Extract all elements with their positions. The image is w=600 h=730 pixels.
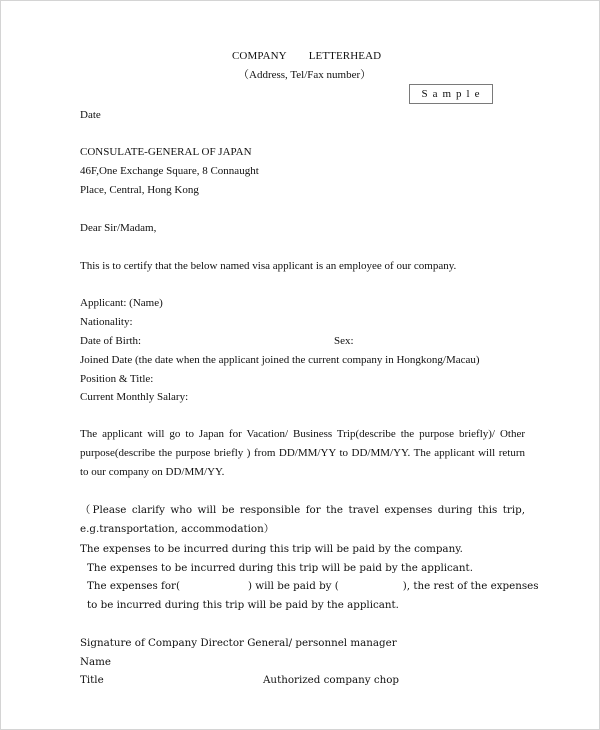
field-applicant-name: Applicant: (Name) [80,296,163,310]
expenses-split-text-2: ) will be paid by ( [248,580,339,592]
expenses-split-line2: to be incurred during this trip will be … [87,598,399,612]
letterhead-title: COMPANYLETTERHEAD [232,49,381,63]
authorized-chop-label: Authorized company chop [263,673,399,687]
signature-heading: Signature of Company Director General/ p… [80,636,397,650]
expenses-option-company: The expenses to be incurred during this … [80,542,463,556]
field-nationality: Nationality: [80,315,133,329]
certify-statement: This is to certify that the below named … [80,259,456,273]
expenses-instruction: （Please clarify who will be responsible … [80,501,525,539]
letterhead-word: LETTERHEAD [309,50,381,62]
expenses-option-applicant: The expenses to be incurred during this … [87,561,473,575]
letterhead-address: （Address, Tel/Fax number） [238,68,371,82]
recipient-address-line1: 46F,One Exchange Square, 8 Connaught [80,164,259,178]
signature-name-label: Name [80,655,111,669]
field-position-title: Position & Title: [80,372,153,386]
salutation: Dear Sir/Madam, [80,221,156,235]
sample-stamp: Sample [409,84,493,104]
expenses-option-split: The expenses for() will be paid by (), t… [87,579,539,593]
signature-title-label: Title [80,673,104,687]
expenses-split-text-3: ), the rest of the expenses [403,580,539,592]
date-label: Date [80,108,101,122]
recipient-address-line2: Place, Central, Hong Kong [80,183,199,197]
field-joined-date: Joined Date (the date when the applicant… [80,353,480,367]
field-monthly-salary: Current Monthly Salary: [80,390,188,404]
field-date-of-birth: Date of Birth: [80,334,141,348]
letterhead-company: COMPANY [232,50,287,62]
field-sex: Sex: [334,334,354,348]
expenses-split-text-1: The expenses for( [87,580,180,592]
document-page: COMPANYLETTERHEAD （Address, Tel/Fax numb… [0,0,600,730]
trip-paragraph: The applicant will go to Japan for Vacat… [80,425,525,482]
recipient-name: CONSULATE-GENERAL OF JAPAN [80,145,252,159]
